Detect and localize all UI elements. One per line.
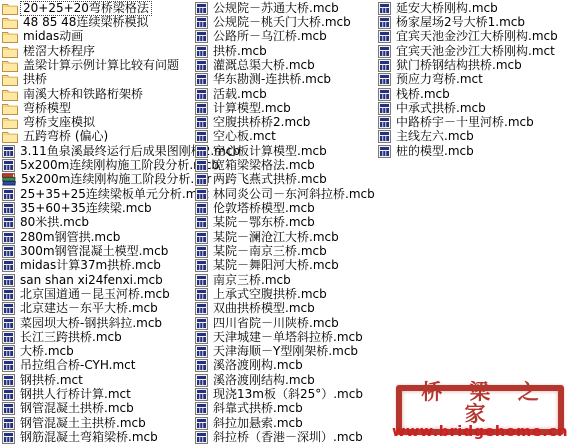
file-name: 280m钢管拱.mcb	[18, 231, 122, 244]
file-item[interactable]: 某院－鄂东桥.mcb	[195, 216, 377, 230]
file-item[interactable]: 拱桥.mcb	[195, 44, 377, 58]
file-item[interactable]: 空心板计算模型.mcb	[195, 144, 377, 158]
file-item[interactable]: 两跨飞燕式拱桥.mcb	[195, 173, 377, 187]
file-name: 钢拱桥.mct	[18, 374, 85, 387]
file-name: 上承式空腹拱桥.mcb	[211, 288, 329, 301]
model-file-icon	[195, 331, 208, 344]
file-name: 中承式拱桥.mcb	[394, 102, 488, 115]
file-name: 天津海顺－Y型刚架桥.mcb	[211, 345, 360, 358]
model-file-icon	[195, 59, 208, 72]
model-file-icon	[195, 159, 208, 172]
file-name: 延安大桥刚构.mcb	[394, 2, 500, 15]
file-item[interactable]: 槎滘大桥程序	[2, 44, 194, 58]
folder-icon	[2, 16, 18, 29]
model-file-icon	[195, 259, 208, 272]
file-name: 宜宾天池金沙江大桥刚构.mcb	[394, 30, 560, 43]
file-item[interactable]: midas计算37m拱桥.mcb	[2, 259, 194, 273]
model-file-icon	[2, 417, 15, 430]
file-name: 盖梁计算示例计算比较有问题	[21, 59, 181, 72]
file-name: 宜宾天池金沙江大桥刚构.mct	[394, 45, 557, 58]
file-name: 斜靠式拱桥.mcb	[211, 402, 305, 415]
file-item[interactable]: 某院－澜沧江大桥.mcb	[195, 230, 377, 244]
file-item[interactable]: 公路所－乌江桥.mcb	[195, 30, 377, 44]
file-name: 预应力弯桥.mct	[394, 73, 485, 86]
file-name: midas计算37m拱桥.mcb	[18, 259, 163, 272]
file-item[interactable]: 斜拉加悬索.mcb	[195, 416, 377, 430]
folder-icon	[2, 30, 18, 43]
file-name: 斜拉桥（香港－深圳）.mcb	[211, 431, 365, 444]
model-file-icon	[2, 202, 15, 215]
folder-icon	[2, 116, 18, 129]
file-item[interactable]: 活载.mcb	[195, 87, 377, 101]
file-name: 天津城建－单塔斜拉桥.mcb	[211, 331, 365, 344]
file-listing-page: 20+25+20弯桥梁格法48 85 48连续梁桥模拟midas动画槎滘大桥程序…	[0, 0, 575, 444]
folder-icon	[2, 88, 18, 101]
file-item[interactable]: 钢管混凝土主拱桥.mcb	[2, 416, 194, 430]
file-name: 空腹拱桥桥2.mcb	[211, 116, 312, 129]
file-name: 弯桥支座模拟	[21, 116, 97, 129]
file-name: 活载.mcb	[211, 88, 269, 101]
model-file-icon	[2, 431, 15, 444]
file-item[interactable]: 钢管混凝土拱桥.mcb	[2, 402, 194, 416]
file-name: 5x200m连续刚构施工阶段分析.rar	[19, 173, 213, 186]
model-file-icon	[195, 402, 208, 415]
file-item[interactable]: 栈桥.mcb	[378, 87, 574, 101]
model-file-icon	[2, 288, 15, 301]
file-item[interactable]: 菜园坝大桥-钢拱斜拉.mcb	[2, 316, 194, 330]
file-item[interactable]: 北京建达－东平大桥.mcb	[2, 302, 194, 316]
file-item[interactable]: 盖梁计算示例计算比较有问题	[2, 58, 194, 72]
model-file-icon	[378, 16, 391, 29]
file-item[interactable]: 华东勘测-连拱桥.mcb	[195, 73, 377, 87]
model-file-icon	[195, 359, 208, 372]
model-file-icon	[2, 331, 15, 344]
logo-url: www.bridgehome.cn	[392, 425, 568, 440]
file-item[interactable]: 斜靠式拱桥.mcb	[195, 402, 377, 416]
file-item[interactable]: 五跨弯桥 (偏心)	[2, 130, 194, 144]
file-name: 某院－鄂东桥.mcb	[211, 216, 317, 229]
file-name: 伦敦塔桥模型.mcb	[211, 202, 317, 215]
file-item[interactable]: 弯桥模型	[2, 101, 194, 115]
file-name: 华东勘测-连拱桥.mcb	[211, 73, 333, 86]
model-file-icon	[195, 102, 208, 115]
file-name: 五跨弯桥 (偏心)	[21, 130, 110, 143]
file-item[interactable]: 空腹拱桥桥2.mcb	[195, 116, 377, 130]
model-file-icon	[378, 130, 391, 143]
file-name: 林同炎公司－东河斜拉桥.mcb	[211, 188, 377, 201]
file-name: san shan xi24fenxi.mcb	[18, 274, 165, 287]
file-item[interactable]: 计算模型.mcb	[195, 101, 377, 115]
file-name: 狱门桥钢结构拱桥.mcb	[394, 59, 524, 72]
file-name: 中路桥宇－十里河桥.mcb	[394, 116, 536, 129]
file-name: 溪洛渡刚结构.mcb	[211, 374, 317, 387]
model-file-icon	[195, 345, 208, 358]
model-file-icon	[2, 259, 15, 272]
file-column-1: 20+25+20弯桥梁格法48 85 48连续梁桥模拟midas动画槎滘大桥程序…	[2, 1, 194, 444]
model-file-icon	[195, 202, 208, 215]
file-name: 宽箱梁梁格法.mcb	[211, 159, 317, 172]
file-column-3: 延安大桥刚构.mcb杨家屋场2号大桥1.mcb宜宾天池金沙江大桥刚构.mcb宜宾…	[378, 1, 574, 158]
file-name: 主线左六.mcb	[394, 130, 476, 143]
model-file-icon	[195, 145, 208, 158]
model-file-icon	[2, 159, 15, 172]
file-name: 20+25+20弯桥梁格法	[21, 2, 151, 15]
file-name: 公规院－桃夭门大桥.mcb	[211, 16, 353, 29]
file-name: 南溪大桥和铁路桁架桥	[21, 88, 145, 101]
file-name: 栈桥.mcb	[394, 88, 452, 101]
file-name: 现浇13m板（斜25°）.mcb	[211, 388, 365, 401]
file-item[interactable]: 钢拱桥.mct	[2, 373, 194, 387]
file-name: 四川省院－川陕桥.mcb	[211, 317, 341, 330]
file-item[interactable]: 灌溉总渠大桥.mcb	[195, 58, 377, 72]
model-file-icon	[195, 173, 208, 186]
file-item[interactable]: 公规院－苏通大桥.mcb	[195, 1, 377, 15]
model-file-icon	[195, 274, 208, 287]
file-item[interactable]: 南溪大桥和铁路桁架桥	[2, 87, 194, 101]
file-item[interactable]: 斜拉桥（香港－深圳）.mcb	[195, 430, 377, 444]
model-file-icon	[195, 431, 208, 444]
folder-icon	[2, 45, 18, 58]
file-name: 钢拱人行桥计算.mct	[18, 388, 133, 401]
file-name: 斜拉加悬索.mcb	[211, 417, 305, 430]
file-item[interactable]: 20+25+20弯桥梁格法	[2, 1, 194, 15]
file-item[interactable]: 双曲拱桥模型.mcb	[195, 302, 377, 316]
file-item[interactable]: 长江三跨拱桥.mcb	[2, 330, 194, 344]
folder-icon	[2, 2, 18, 15]
file-item[interactable]: 80米拱.mcb	[2, 216, 194, 230]
model-file-icon	[2, 345, 15, 358]
model-file-icon	[195, 288, 208, 301]
file-name: 80米拱.mcb	[18, 216, 91, 229]
file-item[interactable]: midas动画	[2, 30, 194, 44]
model-file-icon	[195, 388, 208, 401]
file-name: 双曲拱桥模型.mcb	[211, 302, 317, 315]
file-item[interactable]: 某院－舞阳河大桥.mcb	[195, 259, 377, 273]
logo-title: 桥 梁 之 家	[402, 381, 558, 425]
file-name: 某院－舞阳河大桥.mcb	[211, 259, 341, 272]
file-item[interactable]: 5x200m连续刚构施工阶段分析.mcb	[2, 158, 194, 172]
file-name: 北京国道通－昆玉河桥.mcb	[18, 288, 172, 301]
file-name: 大桥.mcb	[18, 345, 76, 358]
file-name: 灌溉总渠大桥.mcb	[211, 59, 317, 72]
file-item[interactable]: san shan xi24fenxi.mcb	[2, 273, 194, 287]
file-item[interactable]: 宜宾天池金沙江大桥刚构.mct	[378, 44, 574, 58]
model-file-icon	[195, 30, 208, 43]
file-item[interactable]: 280m钢管拱.mcb	[2, 230, 194, 244]
file-name: 杨家屋场2号大桥1.mcb	[394, 16, 527, 29]
file-name: 弯桥模型	[21, 102, 73, 115]
bridgehome-logo: 桥 梁 之 家 www.bridgehome.cn	[396, 385, 564, 435]
file-name: 槎滘大桥程序	[21, 45, 97, 58]
file-item[interactable]: 钢拱人行桥计算.mct	[2, 387, 194, 401]
model-file-icon	[2, 302, 15, 315]
file-name: 48 85 48连续梁桥模拟	[21, 16, 150, 29]
model-file-icon	[2, 274, 15, 287]
file-item[interactable]: 25+35+25连续梁板单元分析.mct	[2, 187, 194, 201]
file-item[interactable]: 宜宾天池金沙江大桥刚构.mcb	[378, 30, 574, 44]
file-name: 25+35+25连续梁板单元分析.mct	[18, 188, 211, 201]
model-file-icon	[195, 2, 208, 15]
model-file-icon	[195, 231, 208, 244]
folder-icon	[2, 59, 18, 72]
model-file-icon	[195, 73, 208, 86]
file-item[interactable]: 吊拉组合桥-CYH.mct	[2, 359, 194, 373]
model-file-icon	[195, 417, 208, 430]
file-item[interactable]: 拱桥	[2, 73, 194, 87]
model-file-icon	[195, 130, 208, 143]
file-item[interactable]: 弯桥支座模拟	[2, 116, 194, 130]
file-item[interactable]: 宽箱梁梁格法.mcb	[195, 158, 377, 172]
file-item[interactable]: 300m钢管混凝土模型.mcb	[2, 244, 194, 258]
file-name: 公规院－苏通大桥.mcb	[211, 2, 341, 15]
file-name: 5x200m连续刚构施工阶段分析.mcb	[18, 159, 221, 172]
folder-icon	[2, 73, 18, 86]
file-item[interactable]: 桩的模型.mcb	[378, 144, 574, 158]
model-file-icon	[195, 245, 208, 258]
file-item[interactable]: 溪洛渡刚结构.mcb	[195, 373, 377, 387]
model-file-icon	[378, 45, 391, 58]
file-name: 某院－澜沧江大桥.mcb	[211, 231, 341, 244]
model-file-icon	[195, 116, 208, 129]
file-name: 某院－南京三桥.mcb	[211, 245, 329, 258]
model-file-icon	[195, 302, 208, 315]
model-file-icon	[2, 317, 15, 330]
file-item[interactable]: 四川省院－川陕桥.mcb	[195, 316, 377, 330]
model-file-icon	[2, 216, 15, 229]
model-file-icon	[378, 30, 391, 43]
model-file-icon	[2, 388, 15, 401]
file-item[interactable]: 48 85 48连续梁桥模拟	[2, 15, 194, 29]
file-item[interactable]: 大桥.mcb	[2, 345, 194, 359]
file-item[interactable]: 天津城建－单塔斜拉桥.mcb	[195, 330, 377, 344]
file-item[interactable]: 林同炎公司－东河斜拉桥.mcb	[195, 187, 377, 201]
file-item[interactable]: 某院－南京三桥.mcb	[195, 244, 377, 258]
file-item[interactable]: 空心板.mct	[195, 130, 377, 144]
model-file-icon	[378, 73, 391, 86]
file-item[interactable]: 钢筋混凝土弯箱梁桥.mcb	[2, 430, 194, 444]
model-file-icon	[378, 59, 391, 72]
file-name: 公路所－乌江桥.mcb	[211, 30, 329, 43]
file-name: 拱桥.mcb	[211, 45, 269, 58]
file-name: 溪洛渡刚构.mcb	[211, 359, 305, 372]
model-file-icon	[195, 88, 208, 101]
file-name: 钢管混凝土主拱桥.mcb	[18, 417, 148, 430]
file-item[interactable]: 北京国道通－昆玉河桥.mcb	[2, 287, 194, 301]
file-name: 空心板计算模型.mcb	[211, 145, 329, 158]
file-name: 300m钢管混凝土模型.mcb	[18, 245, 170, 258]
file-name: 菜园坝大桥-钢拱斜拉.mcb	[18, 317, 164, 330]
rar-archive-icon	[2, 173, 16, 186]
file-name: 35+60+35连续梁.mcb	[18, 202, 154, 215]
file-name: 吊拉组合桥-CYH.mct	[18, 359, 137, 372]
file-name: 北京建达－东平大桥.mcb	[18, 302, 160, 315]
model-file-icon	[2, 374, 15, 387]
model-file-icon	[2, 245, 15, 258]
file-name: 拱桥	[21, 73, 49, 86]
model-file-icon	[2, 145, 15, 158]
file-item[interactable]: 预应力弯桥.mct	[378, 73, 574, 87]
file-item[interactable]: 上承式空腹拱桥.mcb	[195, 287, 377, 301]
file-item[interactable]: 3.11鱼泉溪最终运行后成果图刚构2.mcb	[2, 144, 194, 158]
model-file-icon	[195, 374, 208, 387]
file-item[interactable]: 延安大桥刚构.mcb	[378, 1, 574, 15]
model-file-icon	[195, 317, 208, 330]
model-file-icon	[195, 188, 208, 201]
model-file-icon	[378, 102, 391, 115]
file-name: 长江三跨拱桥.mcb	[18, 331, 124, 344]
file-name: midas动画	[21, 30, 85, 43]
model-file-icon	[195, 16, 208, 29]
model-file-icon	[2, 359, 15, 372]
model-file-icon	[2, 402, 15, 415]
file-item[interactable]: 狱门桥钢结构拱桥.mcb	[378, 58, 574, 72]
folder-icon	[2, 130, 18, 143]
folder-icon	[2, 102, 18, 115]
file-item[interactable]: 5x200m连续刚构施工阶段分析.rar	[2, 173, 194, 187]
model-file-icon	[378, 145, 391, 158]
file-name: 计算模型.mcb	[211, 102, 293, 115]
file-item[interactable]: 南京三桥.mcb	[195, 273, 377, 287]
file-item[interactable]: 35+60+35连续梁.mcb	[2, 201, 194, 215]
file-item[interactable]: 溪洛渡刚构.mcb	[195, 359, 377, 373]
file-column-2: 公规院－苏通大桥.mcb公规院－桃夭门大桥.mcb公路所－乌江桥.mcb拱桥.m…	[195, 1, 377, 444]
file-name: 钢管混凝土拱桥.mcb	[18, 402, 136, 415]
file-name: 两跨飞燕式拱桥.mcb	[211, 173, 329, 186]
model-file-icon	[195, 45, 208, 58]
file-item[interactable]: 主线左六.mcb	[378, 130, 574, 144]
file-name: 南京三桥.mcb	[211, 274, 293, 287]
file-item[interactable]: 公规院－桃夭门大桥.mcb	[195, 15, 377, 29]
model-file-icon	[378, 2, 391, 15]
file-item[interactable]: 杨家屋场2号大桥1.mcb	[378, 15, 574, 29]
file-item[interactable]: 伦敦塔桥模型.mcb	[195, 201, 377, 215]
file-item[interactable]: 中路桥宇－十里河桥.mcb	[378, 116, 574, 130]
model-file-icon	[2, 231, 15, 244]
model-file-icon	[378, 88, 391, 101]
model-file-icon	[195, 216, 208, 229]
file-name: 空心板.mct	[211, 130, 278, 143]
file-item[interactable]: 现浇13m板（斜25°）.mcb	[195, 387, 377, 401]
model-file-icon	[2, 188, 15, 201]
model-file-icon	[378, 116, 391, 129]
file-item[interactable]: 中承式拱桥.mcb	[378, 101, 574, 115]
file-name: 桩的模型.mcb	[394, 145, 476, 158]
file-name: 钢筋混凝土弯箱梁桥.mcb	[18, 431, 160, 444]
file-item[interactable]: 天津海顺－Y型刚架桥.mcb	[195, 345, 377, 359]
